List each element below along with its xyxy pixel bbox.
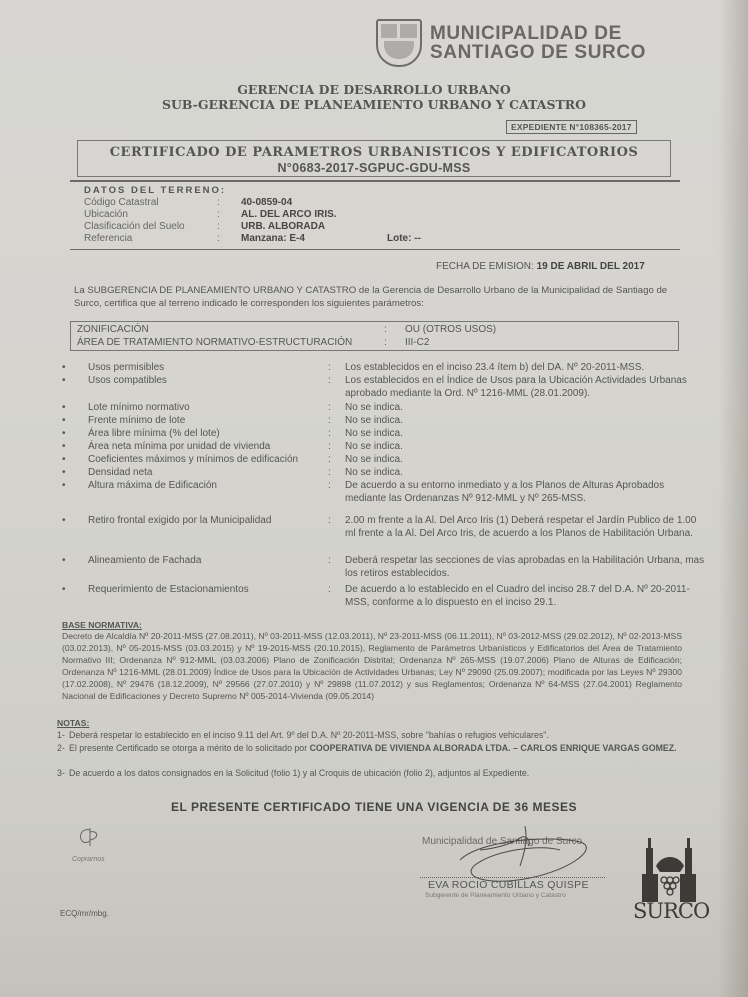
solicitante-name: COOPERATIVA DE VIVIENDA ALBORADA LTDA. –…: [310, 743, 677, 753]
signatory-name: EVA ROCIO CUBILLAS QUISPE: [428, 879, 589, 891]
vigencia-statement: EL PRESENTE CERTIFICADO TIENE UNA VIGENC…: [0, 800, 748, 814]
parameter-value: Deberá respetar las secciones de vías ap…: [345, 555, 705, 580]
municipality-line-1: MUNICIPALIDAD DE: [430, 24, 646, 43]
parameter-value: De acuerdo a su entorno inmediato y a lo…: [345, 480, 705, 505]
zone-row: ÁREA DE TRATAMIENTO NORMATIVO-ESTRUCTURA…: [74, 337, 675, 350]
municipality-line-2: SANTIAGO DE SURCO: [430, 43, 646, 62]
base-normativa-text: Decreto de Alcaldía Nº 20-2011-MSS (27.0…: [62, 630, 682, 703]
certificate-title: CERTIFICADO DE PARAMETROS URBANISTICOS Y…: [78, 145, 670, 160]
certificate-title-box: CERTIFICADO DE PARAMETROS URBANISTICOS Y…: [77, 140, 671, 177]
datos-row: Código Catastral:40-0859-04: [84, 197, 292, 208]
parameter-label: Altura máxima de Edificación: [88, 480, 217, 493]
bullet-icon: •: [62, 428, 66, 441]
signatory-role: Subgerente de Planeamiento Urbano y Cata…: [425, 892, 566, 899]
bullet-icon: •: [62, 375, 66, 388]
datos-terreno-title: DATOS DEL TERRENO:: [84, 185, 226, 196]
bullet-icon: •: [62, 362, 66, 375]
parameter-label: Retiro frontal exigido por la Municipali…: [88, 515, 271, 528]
nota-item: 3-De acuerdo a los datos consignados en …: [57, 767, 691, 779]
parameter-value: De acuerdo a lo establecido en el Cuadro…: [345, 584, 705, 609]
parameter-label: Área neta mínima por unidad de vivienda: [88, 441, 270, 454]
parameter-value: No se indica.: [345, 415, 705, 428]
parameter-value: No se indica.: [345, 428, 705, 441]
certificate-number: N°0683-2017-SGPUC-GDU-MSS: [78, 161, 670, 175]
bullet-icon: •: [62, 402, 66, 415]
surco-logo-text: SURCO: [633, 899, 709, 923]
parameter-label: Área libre mínima (% del lote): [88, 428, 220, 441]
zonificacion-box: ZONIFICACIÓN : OU (OTROS USOS) ÁREA DE T…: [70, 321, 679, 351]
fecha-emision: FECHA DE EMISION: 19 DE ABRIL DEL 2017: [436, 261, 645, 272]
bullet-icon: •: [62, 441, 66, 454]
bullet-icon: •: [62, 555, 66, 568]
nota-item: 1-Deberá respetar lo establecido en el i…: [57, 729, 691, 741]
parameter-value: No se indica.: [345, 441, 705, 454]
parameter-label: Densidad neta: [88, 467, 153, 480]
bullet-icon: •: [62, 584, 66, 597]
municipality-title: MUNICIPALIDAD DE SANTIAGO DE SURCO: [430, 24, 646, 62]
parameter-value: Los establecidos en el inciso 23.4 ítem …: [345, 362, 705, 375]
vb-text: Coprarnos: [72, 856, 105, 863]
parameter-value: No se indica.: [345, 402, 705, 415]
bullet-icon: •: [62, 454, 66, 467]
intro-paragraph: La SUBGERENCIA DE PLANEAMIENTO URBANO Y …: [74, 284, 679, 310]
divider: [70, 249, 680, 250]
parameter-label: Coeficientes máximos y mínimos de edific…: [88, 454, 298, 467]
parameter-value: No se indica.: [345, 467, 705, 480]
parameter-value: No se indica.: [345, 454, 705, 467]
fecha-value: 19 DE ABRIL DEL 2017: [537, 261, 645, 272]
datos-row: Clasificación del Suelo:URB. ALBORADA: [84, 221, 325, 232]
parameter-value: 2.00 m frente a la Al. Del Arco Iris (1)…: [345, 515, 705, 540]
parameter-label: Usos compatibles: [88, 375, 167, 388]
bullet-icon: •: [62, 515, 66, 528]
bullet-icon: •: [62, 467, 66, 480]
lote-value: Lote: --: [387, 233, 421, 244]
bullet-icon: •: [62, 415, 66, 428]
notas-title: NOTAS:: [57, 718, 89, 728]
parameter-label: Lote mínimo normativo: [88, 402, 190, 415]
signature-line: [420, 877, 605, 878]
parameter-label: Alineamiento de Fachada: [88, 555, 201, 568]
parameter-label: Requerimiento de Estacionamientos: [88, 584, 249, 597]
datos-row: Referencia:Manzana: E-4 Lote: --: [84, 233, 305, 244]
municipal-shield-icon: [376, 19, 422, 67]
divider: [70, 180, 680, 182]
zone-row: ZONIFICACIÓN : OU (OTROS USOS): [74, 324, 675, 337]
parameter-value: Los establecidos en el Índice de Usos pa…: [345, 375, 705, 400]
vb-initials-icon: [76, 826, 102, 848]
nota-item: 2-El presente Certificado se otorga a mé…: [57, 742, 691, 754]
datos-row: Ubicación:AL. DEL ARCO IRIS.: [84, 209, 337, 220]
expediente-badge: EXPEDIENTE N°108365-2017: [506, 120, 637, 134]
certificate-page: MUNICIPALIDAD DE SANTIAGO DE SURCO GEREN…: [0, 0, 748, 997]
parameter-label: Usos permisibles: [88, 362, 164, 375]
gerencia-heading: GERENCIA DE DESARROLLO URBANO: [0, 82, 748, 97]
subgerencia-heading: SUB-GERENCIA DE PLANEAMIENTO URBANO Y CA…: [0, 97, 748, 112]
parameter-label: Frente mínimo de lote: [88, 415, 185, 428]
initials: ECQ/mr/mbg.: [60, 909, 109, 918]
base-normativa-title: BASE NORMATIVA:: [62, 620, 142, 630]
bullet-icon: •: [62, 480, 66, 493]
